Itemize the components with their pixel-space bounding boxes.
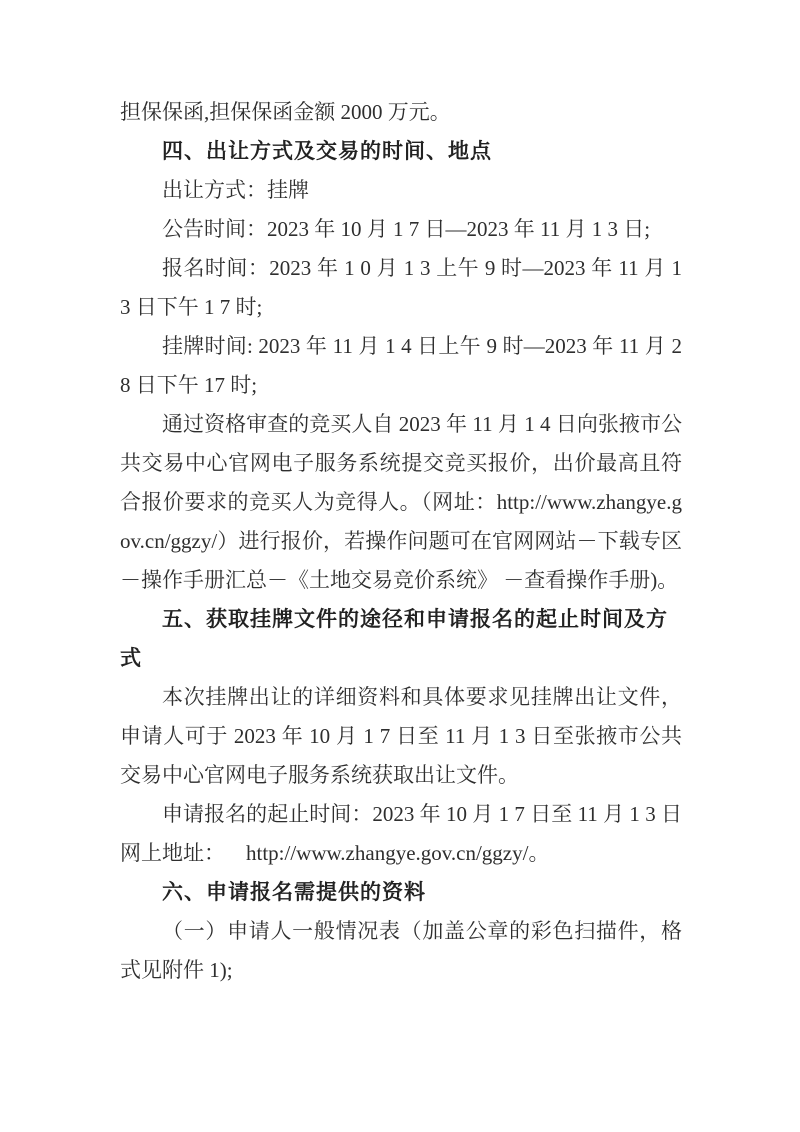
registration-time-line: 报名时间：2023 年 1 0 月 1 3 上午 9 时—2023 年 11 月… [120,249,682,327]
section-6-heading: 六、申请报名需提供的资料 [120,873,682,912]
document-body: 担保保函,担保保函金额 2000 万元。 四、出让方式及交易的时间、地点 出让方… [120,93,682,990]
document-page: 担保保函,担保保函金额 2000 万元。 四、出让方式及交易的时间、地点 出让方… [0,0,800,1132]
document-access-paragraph: 本次挂牌出让的详细资料和具体要求见挂牌出让文件，申请人可于 2023 年 10 … [120,678,682,795]
section-4-heading: 四、出让方式及交易的时间、地点 [120,132,682,171]
guarantee-amount-line: 担保保函,担保保函金额 2000 万元。 [120,93,682,132]
bidding-procedure-paragraph: 通过资格审查的竞买人自 2023 年 11 月 1 4 日向张掖市公共交易中心官… [120,405,682,600]
registration-period-paragraph: 申请报名的起止时间：2023 年 10 月 1 7 日至 11 月 1 3 日网… [120,795,682,873]
announcement-time-line: 公告时间：2023 年 10 月 1 7 日—2023 年 11 月 1 3 日… [120,210,682,249]
item-1-paragraph: （一）申请人一般情况表（加盖公章的彩色扫描件，格式见附件 1); [120,912,682,990]
listing-time-line: 挂牌时间: 2023 年 11 月 1 4 日上午 9 时—2023 年 11 … [120,327,682,405]
section-5-heading: 五、获取挂牌文件的途径和申请报名的起止时间及方式 [120,600,682,678]
listing-method-line: 出让方式：挂牌 [120,171,682,210]
